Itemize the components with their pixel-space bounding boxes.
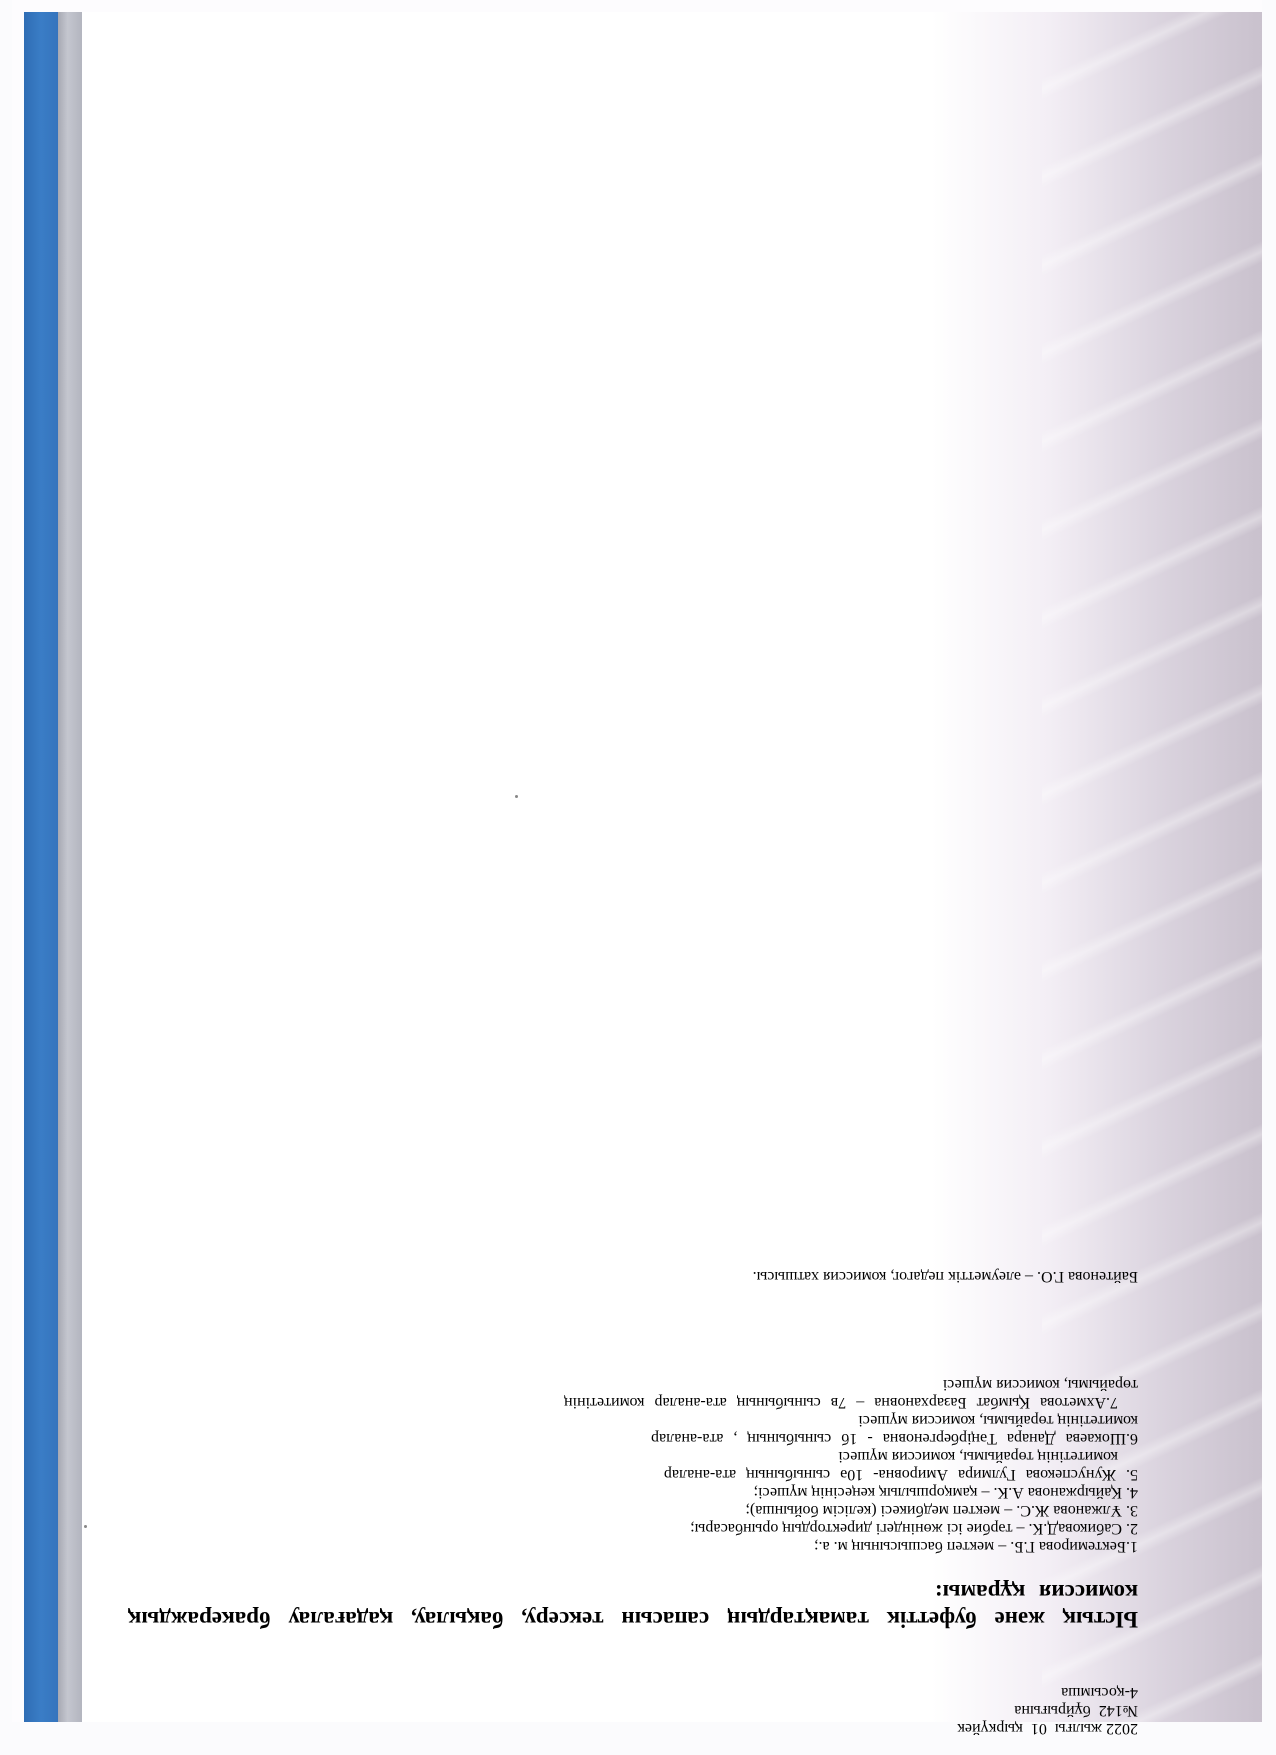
upside-down-content: 2022 жылғы 01 қыркүйек №142 бұйрығына 4-… (0, 0, 1276, 1755)
scan-speck (84, 1525, 87, 1528)
member-1: 1.Бектемирова Г.Б. – мектеп басшысының м… (128, 1537, 1138, 1555)
member-7: 7.Ахметова Қымбат Базархановна – 7в сыны… (128, 1393, 1138, 1411)
commission-secretary: Байтенова Г.О. – әлеуметтік педагог, ком… (128, 1267, 1138, 1285)
member-3-text: 3. Ұлжанова Ж.С. – мектеп медбикесі (кел… (745, 1502, 1138, 1519)
member-6-continuation: комитетінің төрайымы, комиссия мүшесі (128, 1411, 1138, 1429)
document-header: 2022 жылғы 01 қыркүйек №142 бұйрығына 4-… (957, 1683, 1138, 1737)
commission-members-list: 1.Бектемирова Г.Б. – мектеп басшысының м… (128, 1375, 1138, 1555)
member-6: 6.Шокаева Данара Тәңірбергеновна - 1б сы… (128, 1429, 1138, 1447)
member-5: 5. Жунуспекова Гулмира Амировна- 10ә сын… (128, 1465, 1138, 1483)
order-line: №142 бұйрығына (957, 1701, 1138, 1719)
member-4: 4. Қайыржанова А.К. – қамқоршылық кеңесі… (128, 1483, 1138, 1501)
member-5-continuation: комитетінің төрайымы, комиссия мүшесі (128, 1447, 1138, 1465)
document-title: Ыстық және буфеттік тамақтардың сапасын … (128, 1579, 1138, 1633)
member-3: 3. Ұлжанова Ж.С. – мектеп медбикесі (кел… (128, 1501, 1138, 1519)
member-2: 2. СабиковаД.К. – тәрбие ісі жөніндегі д… (128, 1519, 1138, 1537)
appendix-line: 4-қосымша (957, 1683, 1138, 1701)
scan-speck (515, 795, 518, 798)
member-7-continuation: төрайымы, комиссия мүшесі (128, 1375, 1138, 1393)
date-line: 2022 жылғы 01 қыркүйек (957, 1719, 1138, 1737)
